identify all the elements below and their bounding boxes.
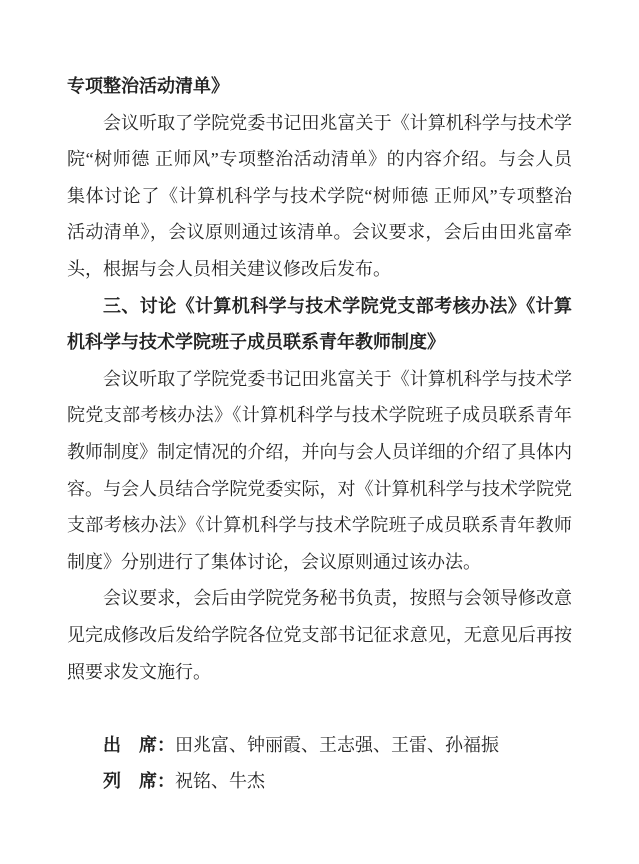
paragraph-assessment-measures: 会议听取了学院党委书记田兆富关于《计算机科学与技术学院党支部考核办法》《计算机科… [67, 361, 572, 581]
attendance-row: 出 席：田兆富、钟丽霞、王志强、王雷、孙福振 [67, 727, 572, 764]
paragraph-followup-requirements: 会议要求，会后由学院党务秘书负责，按照与会领导修改意见完成修改后发给学院各位党支… [67, 580, 572, 690]
heading-continuation-line: 专项整治活动清单》 [67, 68, 572, 105]
document-page: 专项整治活动清单》 会议听取了学院党委书记田兆富关于《计算机科学与技术学院“树师… [0, 0, 639, 864]
attendance-names: 田兆富、钟丽霞、王志强、王雷、孙福振 [175, 735, 499, 755]
document-body: 专项整治活动清单》 会议听取了学院党委书记田兆富关于《计算机科学与技术学院“树师… [67, 68, 572, 800]
blank-line-spacer [67, 690, 572, 727]
observers-row: 列 席：祝铭、牛杰 [67, 763, 572, 800]
paragraph-listing-discussion: 会议听取了学院党委书记田兆富关于《计算机科学与技术学院“树师德 正师风”专项整治… [67, 105, 572, 288]
attendance-label: 出 席： [103, 735, 175, 755]
observers-label: 列 席： [103, 771, 175, 791]
heading-agenda-item-3: 三、讨论《计算机科学与技术学院党支部考核办法》《计算机科学与技术学院班子成员联系… [67, 288, 572, 361]
observers-names: 祝铭、牛杰 [175, 771, 265, 791]
